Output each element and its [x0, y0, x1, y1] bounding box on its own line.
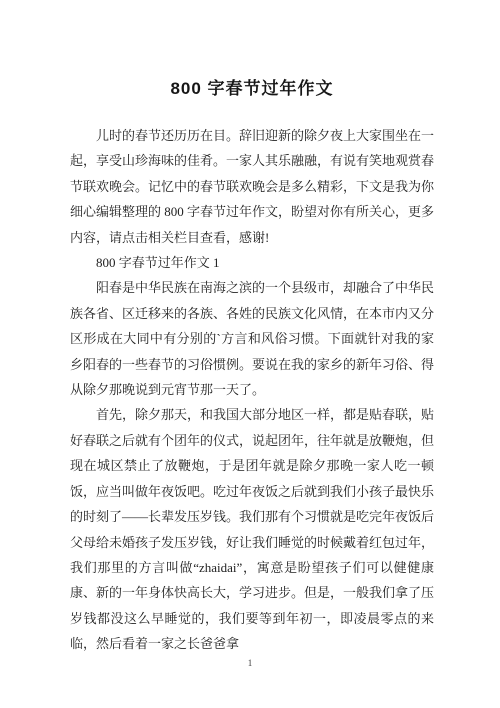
document-title: 800 字春节过年作文	[70, 74, 434, 99]
paragraph-essay-part-2: 首先，除夕那天，和我国大部分地区一样，都是贴春联，贴好春联之后就有个团年的仪式，…	[70, 402, 434, 656]
document-body: 儿时的春节还历历在目。辞旧迎新的除夕夜上大家围坐在一起，享受山珍海味的佳肴。一家…	[70, 123, 434, 657]
paragraph-section-heading: 800 字春节过年作文 1	[70, 250, 434, 275]
paragraph-essay-part-1: 阳春是中华民族在南海之滨的一个县级市，却融合了中华民族各省、区迁移来的各族、各姓…	[70, 275, 434, 402]
document-page: 800 字春节过年作文 儿时的春节还历历在目。辞旧迎新的除夕夜上大家围坐在一起，…	[0, 0, 500, 708]
page-number: 1	[0, 658, 500, 668]
paragraph-intro: 儿时的春节还历历在目。辞旧迎新的除夕夜上大家围坐在一起，享受山珍海味的佳肴。一家…	[70, 123, 434, 250]
